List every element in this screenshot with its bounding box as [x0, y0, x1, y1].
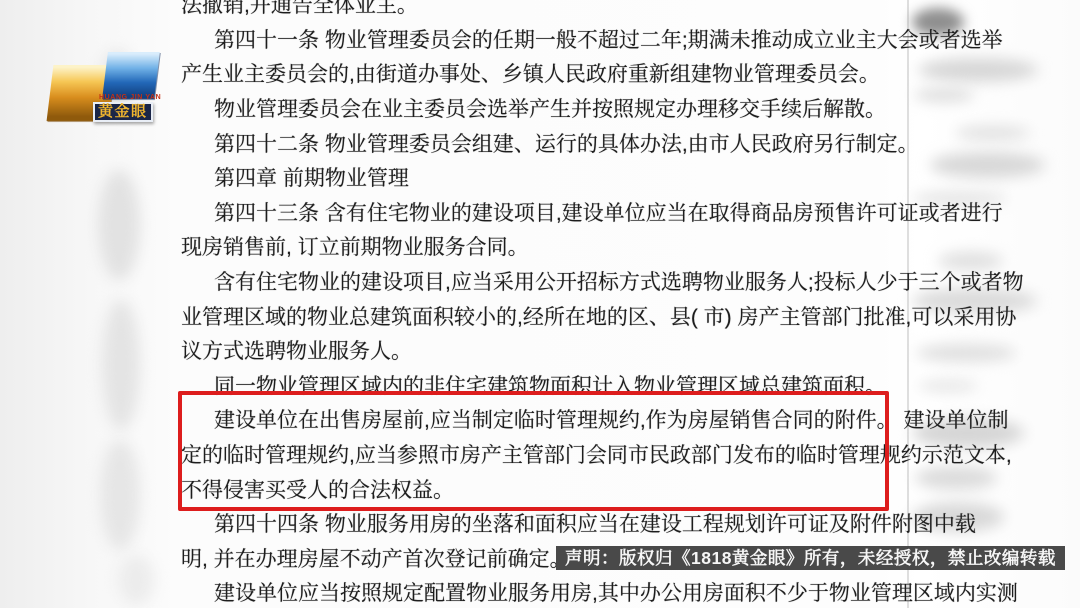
document-line: 第四十一条 物业管理委员会的任期一般不超过二年;期满未推动成立业主大会或者选举	[181, 22, 887, 57]
right-page-blur-smudge	[930, 152, 1045, 178]
document-line: 第四章 前期物业管理	[181, 160, 887, 195]
document-line: 建设单位应当按照规定配置物业服务用房,其中办公用房面积不少于物业管理区域内实测	[181, 575, 887, 608]
left-page-blur-smudge	[118, 555, 154, 605]
regulation-document-text: 法撤销,并通告全体业主。第四十一条 物业管理委员会的任期一般不超过二年;期满未推…	[181, 0, 887, 608]
right-page-blur-smudge	[955, 126, 1030, 140]
document-line: 含有住宅物业的建设项目,应当采用公开招标方式选聘物业服务人;投标人少于三个或者物	[181, 264, 887, 299]
copyright-disclaimer-bar: 声明：版权归《1818黄金眼》所有，未经授权，禁止改编转载	[556, 546, 1065, 570]
document-line: 第四十三条 含有住宅物业的建设项目,建设单位应当在取得商品房预售许可证或者进行	[181, 195, 887, 230]
document-line: 物业管理委员会在业主委员会选举产生并按照规定办理移交手续后解散。	[181, 91, 887, 126]
left-page-blur-smudge	[102, 300, 140, 430]
document-line: 业管理区域的物业总建筑面积较小的,经所在地的区、县( 市) 房产主管部门批准,可…	[181, 298, 887, 333]
document-line: 第四十四条 物业服务用房的坐落和面积应当在建设工程规划许可证及附件附图中载	[181, 506, 887, 541]
1818-huangjinyan-logo: 18 18 HUANG JIN YAN 黄金眼	[50, 55, 190, 150]
logo-number-blue: 18	[102, 52, 160, 99]
document-line: 同一物业管理区域内的非住宅建筑物面积计入物业管理区域总建筑面积。	[181, 368, 887, 403]
document-line: 第四十二条 物业管理委员会组建、运行的具体办法,由市人民政府另行制定。	[181, 125, 887, 160]
left-page-blur-smudge	[98, 170, 140, 280]
right-page-blur-smudge	[916, 344, 1016, 362]
document-line: 建设单位在出售房屋前,应当制定临时管理规约,作为房屋销售合同的附件。 建设单位制	[181, 402, 887, 437]
right-page-blur-smudge	[914, 88, 974, 102]
document-line: 不得侵害买受人的合法权益。	[181, 471, 887, 506]
right-page-blur-smudge	[918, 380, 978, 392]
document-line: 法撤销,并通告全体业主。	[181, 0, 887, 22]
right-page-blur-smudge	[915, 466, 997, 490]
right-page-blur-smudge	[918, 58, 1038, 82]
logo-pinyin-text: HUANG JIN YAN	[99, 94, 161, 101]
left-page-blur-smudge	[100, 440, 140, 550]
tv-screenshot-frame: 法撤销,并通告全体业主。第四十一条 物业管理委员会的任期一般不超过二年;期满未推…	[0, 0, 1080, 608]
document-line: 定的临时管理规约,应当参照市房产主管部门会同市民政部门发布的临时管理规约示范文本…	[181, 437, 887, 472]
logo-badge-huangjinyan: 黄金眼	[93, 102, 153, 122]
document-line: 现房销售前, 订立前期物业服务合同。	[181, 229, 887, 264]
document-line: 议方式选聘物业服务人。	[181, 333, 887, 368]
document-line: 产生业主委员会的,由街道办事处、乡镇人民政府重新组建物业管理委员会。	[181, 56, 887, 91]
